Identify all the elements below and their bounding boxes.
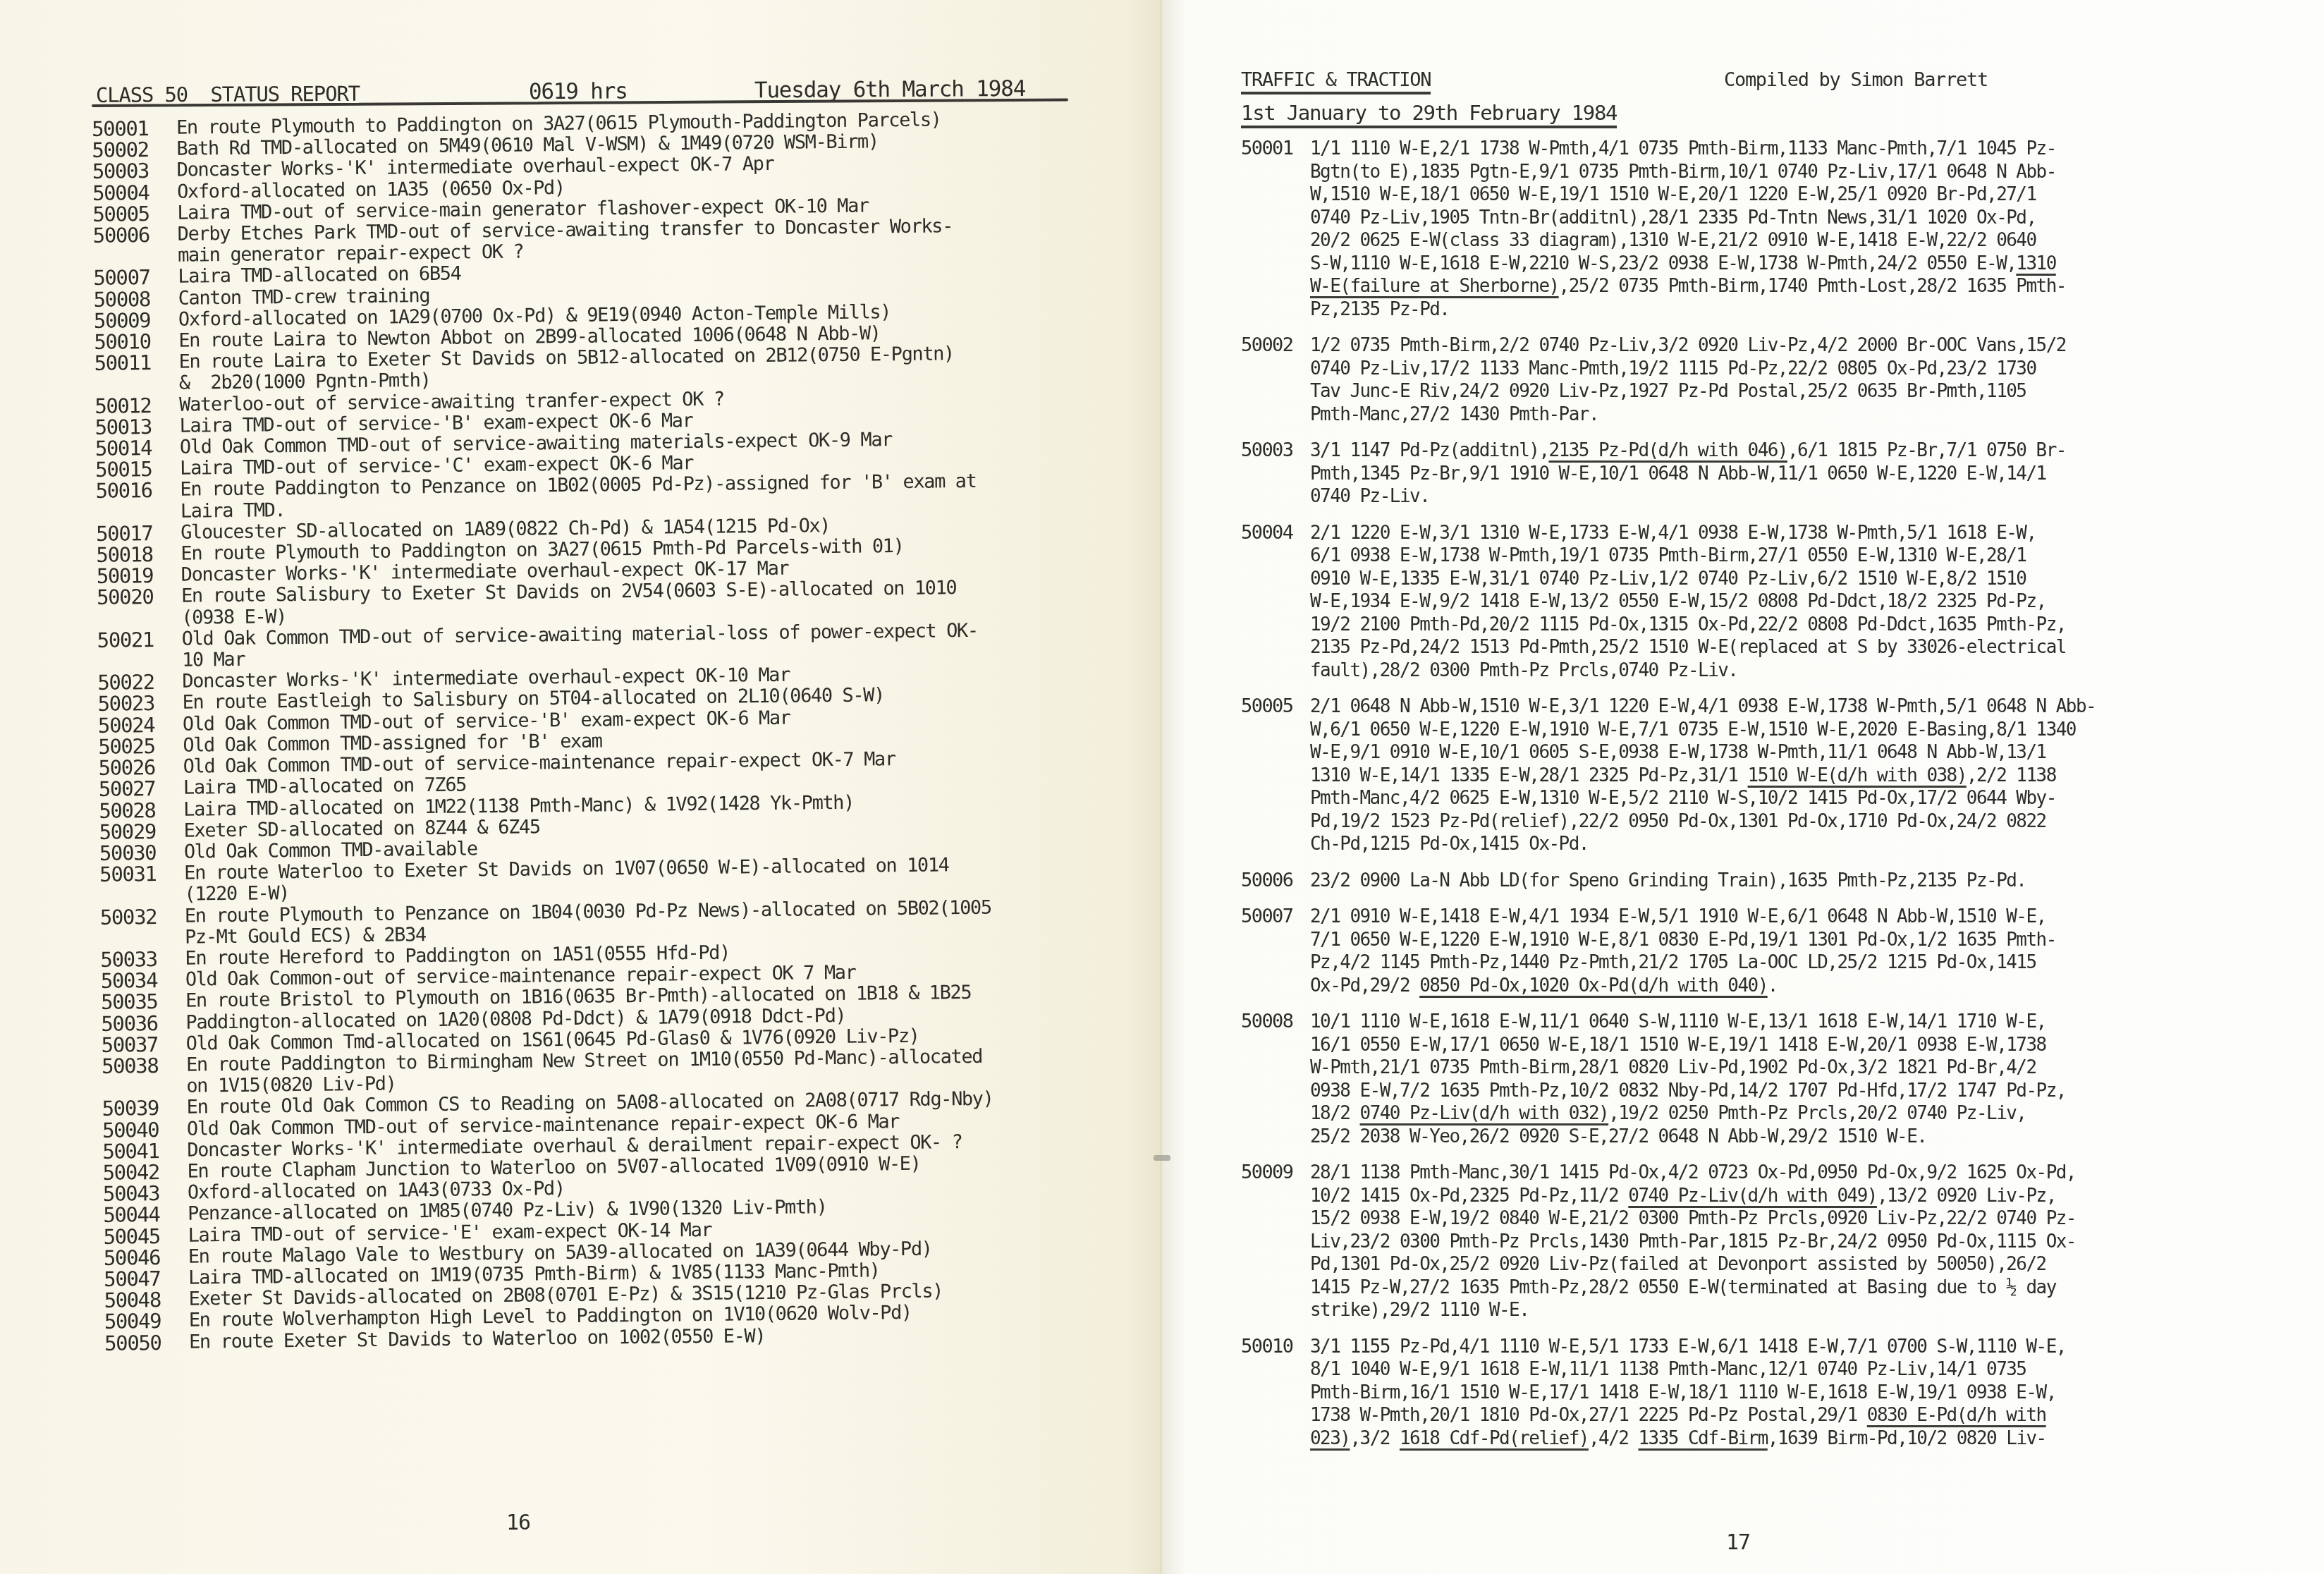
workings-entry: 500072/1 0910 W-E,1418 E-W,4/1 1934 E-W,…: [1241, 905, 2200, 997]
locomotive-number: 50001: [1241, 138, 1310, 321]
workings-line: 19/2 2100 Pmth-Pd,20/2 1115 Pd-Ox,1315 O…: [1310, 614, 2200, 637]
workings-line: 7/1 0650 W-E,1220 E-W,1910 W-E,8/1 0830 …: [1310, 929, 2200, 952]
workings-line: 25/2 2038 W-Yeo,26/2 0920 S-E,27/2 0648 …: [1310, 1125, 2200, 1149]
text-segment: 7/1 0650 W-E,1220 E-W,1910 W-E,8/1 0830 …: [1310, 929, 2056, 951]
text-segment: Pd,1301 Pd-Ox,25/2 0920 Liv-Pz(failed at…: [1310, 1254, 2046, 1275]
workings-line: Pmth-Manc,4/2 0625 E-W,1310 W-E,5/2 2110…: [1310, 787, 2200, 810]
locomotive-number: 50005: [92, 203, 177, 225]
text-segment: Bgtn(to E),1835 Pgtn-E,9/1 0735 Pmth-Bir…: [1310, 161, 2056, 183]
text-segment: 6/1 0938 E-W,1738 W-Pmth,19/1 0735 Pmth-…: [1310, 545, 2026, 566]
locomotive-number: 50047: [104, 1268, 188, 1290]
text-segment: Ch-Pd,1215 Pd-Ox,1415 Ox-Pd.: [1310, 834, 1589, 855]
workings-entry: 500033/1 1147 Pd-Pz(additnl),2135 Pz-Pd(…: [1241, 439, 2200, 508]
locomotive-number: 50036: [101, 1012, 185, 1034]
text-segment: 2/1 0910 W-E,1418 E-W,4/1 1934 E-W,5/1 1…: [1310, 906, 2046, 927]
locomotive-number: 50022: [97, 671, 182, 693]
underlined-highlight: 0740 Pz-Liv(d/h with 049): [1628, 1185, 1877, 1207]
locomotive-number: 50042: [102, 1161, 187, 1183]
text-segment: ,4/2: [1589, 1428, 1639, 1449]
text-segment: ,19/2 0250 Pmth-Pz Prcls,20/2 0740 Pz-Li…: [1608, 1103, 2026, 1124]
text-segment: 10/1 1110 W-E,1618 E-W,11/1 0640 S-W,111…: [1310, 1011, 2046, 1032]
locomotive-number: 50003: [1241, 439, 1310, 508]
workings-entry: 500011/1 1110 W-E,2/1 1738 W-Pmth,4/1 07…: [1241, 138, 2200, 321]
workings-line: 3/1 1155 Pz-Pd,4/1 1110 W-E,5/1 1733 E-W…: [1310, 1336, 2200, 1359]
page-number: 17: [1726, 1530, 1750, 1555]
workings-line: W-E,9/1 0910 W-E,10/1 0605 S-E,0938 E-W,…: [1310, 741, 2200, 764]
workings-line: Liv,23/2 0300 Pmth-Pz Prcls,1430 Pmth-Pa…: [1310, 1231, 2200, 1254]
text-segment: 1415 Pz-W,27/2 1635 Pmth-Pz,28/2 0550 E-…: [1310, 1277, 2056, 1298]
workings-line: 18/2 0740 Pz-Liv(d/h with 032),19/2 0250…: [1310, 1102, 2200, 1125]
text-segment: .: [1768, 975, 1778, 996]
text-segment: 2/1 0648 N Abb-W,1510 W-E,3/1 1220 E-W,4…: [1310, 696, 2096, 717]
text-segment: 1/2 0735 Pmth-Birm,2/2 0740 Pz-Liv,3/2 0…: [1310, 335, 2066, 356]
text-segment: 3/1 1147 Pd-Pz(additnl),: [1310, 440, 1548, 461]
workings-line: Pmth-Birm,16/1 1510 W-E,17/1 1418 E-W,18…: [1310, 1381, 2200, 1405]
locomotive-number: 50020: [97, 586, 182, 630]
text-segment: 1310 W-E,14/1 1335 E-W,28/1 2325 Pd-Pz,3…: [1310, 765, 1748, 786]
text-segment: 0938 E-W,7/2 1635 Pmth-Pz,10/2 0832 Nby-…: [1310, 1080, 2066, 1102]
locomotive-number: 50008: [94, 288, 178, 310]
text-segment: ,6/1 1815 Pz-Br,7/1 0750 Br-: [1787, 440, 2066, 461]
workings-line: 1/2 0735 Pmth-Birm,2/2 0740 Pz-Liv,3/2 0…: [1310, 334, 2200, 358]
workings-line: 0740 Pz-Liv,1905 Tntn-Br(additnl),28/1 2…: [1310, 207, 2200, 230]
locomotive-number: 50031: [99, 863, 185, 907]
workings-entry: 5000810/1 1110 W-E,1618 E-W,11/1 0640 S-…: [1241, 1011, 2200, 1148]
workings-line: 15/2 0938 E-W,19/2 0840 W-E,21/2 0300 Pm…: [1310, 1207, 2200, 1231]
text-segment: 0740 Pz-Liv,17/2 1133 Manc-Pmth,19/2 111…: [1310, 358, 2036, 379]
locomotive-number: 50028: [99, 799, 183, 821]
text-segment: W-Pmth,21/1 0735 Pmth-Birm,28/1 0820 Liv…: [1310, 1057, 2036, 1078]
underlined-highlight: 1310: [2016, 253, 2055, 274]
underlined-highlight: 1618 Cdf-Pd(relief): [1400, 1428, 1589, 1449]
workings-text: 2/1 0648 N Abb-W,1510 W-E,3/1 1220 E-W,4…: [1310, 695, 2200, 856]
workings-text: 23/2 0900 La-N Abb LD(for Speno Grinding…: [1310, 870, 2200, 893]
workings-line: 1738 W-Pmth,20/1 1810 Pd-Ox,27/1 2225 Pd…: [1310, 1404, 2200, 1427]
workings-line: 28/1 1138 Pmth-Manc,30/1 1415 Pd-Ox,4/2 …: [1310, 1161, 2200, 1185]
text-segment: Pmth-Manc,27/2 1430 Pmth-Par.: [1310, 404, 1598, 425]
text-segment: ,2/2 1138: [1967, 765, 2056, 786]
workings-text: 3/1 1155 Pz-Pd,4/1 1110 W-E,5/1 1733 E-W…: [1310, 1336, 2200, 1451]
workings-line: 3/1 1147 Pd-Pz(additnl),2135 Pz-Pd(d/h w…: [1310, 439, 2200, 463]
locomotive-number: 50002: [92, 139, 176, 161]
workings-line: fault),28/2 0300 Pmth-Pz Prcls,0740 Pz-L…: [1310, 659, 2200, 683]
locomotive-number: 50032: [100, 905, 185, 949]
locomotive-number: 50009: [94, 310, 178, 331]
workings-line: Ch-Pd,1215 Pd-Ox,1415 Ox-Pd.: [1310, 833, 2200, 856]
locomotive-number: 50035: [101, 991, 185, 1013]
workings-text: 2/1 1220 E-W,3/1 1310 W-E,1733 E-W,4/1 0…: [1310, 522, 2200, 683]
text-segment: 15/2 0938 E-W,19/2 0840 W-E,21/2 0300 Pm…: [1310, 1208, 2076, 1229]
workings-line: Pz,4/2 1145 Pmth-Pz,1440 Pz-Pmth,21/2 17…: [1310, 951, 2200, 975]
workings-text: 1/2 0735 Pmth-Birm,2/2 0740 Pz-Liv,3/2 0…: [1310, 334, 2200, 426]
locomotive-number: 50009: [1241, 1161, 1310, 1322]
locomotive-status-list: 50001En route Plymouth to Paddington on …: [92, 108, 1106, 1354]
locomotive-number: 50006: [1241, 870, 1310, 893]
workings-text: 28/1 1138 Pmth-Manc,30/1 1415 Pd-Ox,4/2 …: [1310, 1161, 2200, 1322]
section-title: TRAFFIC & TRACTION: [1241, 69, 1431, 94]
date-range: 1st January to 29th February 1984: [1241, 101, 1617, 128]
locomotive-number: 50048: [104, 1289, 188, 1311]
page-number: 16: [506, 1511, 530, 1535]
underlined-highlight: 1510 W-E(d/h with 038): [1748, 765, 1967, 786]
staple: [1154, 1155, 1170, 1161]
workings-line: 20/2 0625 E-W(class 33 diagram),1310 W-E…: [1310, 229, 2200, 252]
locomotive-number: 50014: [95, 437, 180, 459]
text-segment: W-E,9/1 0910 W-E,10/1 0605 S-E,0938 E-W,…: [1310, 742, 2046, 763]
text-segment: W,1510 W-E,18/1 0650 W-E,19/1 1510 W-E,2…: [1310, 184, 2036, 205]
locomotive-number: 50043: [103, 1183, 188, 1204]
workings-line: W-E,1934 E-W,9/2 1418 E-W,13/2 0550 E-W,…: [1310, 590, 2200, 614]
text-segment: 19/2 2100 Pmth-Pd,20/2 1115 Pd-Ox,1315 O…: [1310, 614, 2066, 635]
locomotive-number: 50046: [104, 1246, 188, 1268]
locomotive-number: 50004: [1241, 522, 1310, 683]
locomotive-number: 50026: [98, 757, 183, 779]
underlined-highlight: 0740 Pz-Liv(d/h with 032): [1360, 1103, 1609, 1124]
locomotive-number: 50045: [103, 1225, 188, 1247]
workings-line: 6/1 0938 E-W,1738 W-Pmth,19/1 0735 Pmth-…: [1310, 544, 2200, 568]
text-segment: Liv,23/2 0300 Pmth-Pz Prcls,1430 Pmth-Pa…: [1310, 1231, 2076, 1252]
workings-line: W-E(failure at Sherborne),25/2 0735 Pmth…: [1310, 275, 2200, 298]
text-segment: 23/2 0900 La-N Abb LD(for Speno Grinding…: [1310, 870, 2026, 891]
workings-text: 10/1 1110 W-E,1618 E-W,11/1 0640 S-W,111…: [1310, 1011, 2200, 1148]
locomotive-number: 50049: [104, 1310, 189, 1332]
page-gutter: [1161, 0, 1163, 1574]
text-segment: Tav Junc-E Riv,24/2 0920 Liv-Pz,1927 Pz-…: [1310, 381, 2026, 402]
locomotive-number: 50007: [1241, 905, 1310, 997]
workings-line: Pmth,1345 Pz-Br,9/1 1910 W-E,10/1 0648 N…: [1310, 463, 2200, 486]
locomotive-number: 50011: [94, 352, 179, 396]
workings-line: Bgtn(to E),1835 Pgtn-E,9/1 0735 Pmth-Bir…: [1310, 161, 2200, 184]
locomotive-number: 50024: [98, 714, 183, 736]
locomotive-number: 50037: [102, 1033, 186, 1055]
text-segment: ,25/2 0735 Pmth-Birm,1740 Pmth-Lost,28/2…: [1559, 276, 2066, 297]
locomotive-number: 50030: [99, 842, 184, 864]
workings-line: 0740 Pz-Liv,17/2 1133 Manc-Pmth,19/2 111…: [1310, 358, 2200, 381]
text-segment: Pmth,1345 Pz-Br,9/1 1910 W-E,10/1 0648 N…: [1310, 463, 2046, 484]
text-segment: 25/2 2038 W-Yeo,26/2 0920 S-E,27/2 0648 …: [1310, 1126, 1926, 1147]
underlined-highlight: W-E(failure at Sherborne): [1310, 276, 1559, 297]
locomotive-number: 50005: [1241, 695, 1310, 856]
workings-entry: 5000928/1 1138 Pmth-Manc,30/1 1415 Pd-Ox…: [1241, 1161, 2200, 1322]
locomotive-number: 50027: [99, 778, 183, 800]
locomotive-number: 50016: [95, 480, 181, 523]
text-segment: 18/2: [1310, 1103, 1360, 1124]
text-segment: 2135 Pz-Pd,24/2 1513 Pd-Pmth,25/2 1510 W…: [1310, 637, 2066, 658]
locomotive-number: 50044: [103, 1204, 188, 1226]
locomotive-number: 50017: [96, 523, 181, 544]
workings-line: W-Pmth,21/1 0735 Pmth-Birm,28/1 0820 Liv…: [1310, 1056, 2200, 1080]
workings-entry: 500103/1 1155 Pz-Pd,4/1 1110 W-E,5/1 173…: [1241, 1336, 2200, 1451]
workings-entry: 5000623/2 0900 La-N Abb LD(for Speno Gri…: [1241, 870, 2200, 893]
locomotive-number: 50033: [100, 948, 185, 970]
workings-entry: 500042/1 1220 E-W,3/1 1310 W-E,1733 E-W,…: [1241, 522, 2200, 683]
locomotive-number: 50002: [1241, 334, 1310, 426]
text-segment: 1/1 1110 W-E,2/1 1738 W-Pmth,4/1 0735 Pm…: [1310, 138, 2056, 159]
workings-line: 2/1 1220 E-W,3/1 1310 W-E,1733 E-W,4/1 0…: [1310, 522, 2200, 545]
locomotive-number: 50001: [92, 118, 176, 140]
locomotive-number: 50019: [97, 565, 181, 587]
workings-entry: 500021/2 0735 Pmth-Birm,2/2 0740 Pz-Liv,…: [1241, 334, 2200, 426]
locomotive-number: 50010: [94, 331, 178, 353]
workings-line: 0938 E-W,7/2 1635 Pmth-Pz,10/2 0832 Nby-…: [1310, 1080, 2200, 1103]
locomotive-number: 50038: [102, 1055, 187, 1099]
compiler-credit: Compiled by Simon Barrett: [1724, 69, 1988, 91]
underlined-highlight: 023): [1310, 1428, 1350, 1449]
locomotive-number: 50007: [93, 267, 178, 288]
text-segment: 16/1 0550 E-W,17/1 0650 W-E,18/1 1510 W-…: [1310, 1035, 2046, 1056]
workings-text: 3/1 1147 Pd-Pz(additnl),2135 Pz-Pd(d/h w…: [1310, 439, 2200, 508]
text-segment: 0740 Pz-Liv,1905 Tntn-Br(additnl),28/1 2…: [1310, 207, 2036, 228]
locomotive-number: 50034: [101, 970, 185, 992]
workings-line: Ox-Pd,29/2 0850 Pd-Ox,1020 Ox-Pd(d/h wit…: [1310, 975, 2200, 998]
locomotive-number: 50029: [99, 820, 183, 842]
locomotive-number: 50040: [102, 1118, 187, 1140]
text-segment: 3/1 1155 Pz-Pd,4/1 1110 W-E,5/1 1733 E-W…: [1310, 1336, 2066, 1358]
locomotive-number: 50012: [94, 394, 179, 416]
underlined-highlight: 2135 Pz-Pd(d/h with 046): [1548, 440, 1787, 461]
locomotive-number: 50013: [94, 416, 179, 438]
text-segment: ,1639 Birm-Pd,10/2 0820 Liv-: [1768, 1428, 2046, 1449]
locomotive-number: 50039: [102, 1097, 187, 1119]
text-segment: 0910 W-E,1335 E-W,31/1 0740 Pz-Liv,1/2 0…: [1310, 568, 2026, 590]
workings-line: Pd,1301 Pd-Ox,25/2 0920 Liv-Pz(failed at…: [1310, 1253, 2200, 1276]
text-segment: Pmth-Manc,4/2 0625 E-W,1310 W-E,5/2 2110…: [1310, 788, 2056, 809]
workings-line: 1/1 1110 W-E,2/1 1738 W-Pmth,4/1 0735 Pm…: [1310, 138, 2200, 161]
text-segment: 8/1 1040 W-E,9/1 1618 E-W,11/1 1138 Pmth…: [1310, 1359, 2026, 1380]
workings-line: 0910 W-E,1335 E-W,31/1 0740 Pz-Liv,1/2 0…: [1310, 568, 2200, 591]
underlined-highlight: 1335 Cdf-Birm: [1638, 1428, 1767, 1449]
text-segment: W-E,1934 E-W,9/2 1418 E-W,13/2 0550 E-W,…: [1310, 591, 2046, 612]
workings-line: 8/1 1040 W-E,9/1 1618 E-W,11/1 1138 Pmth…: [1310, 1358, 2200, 1381]
text-segment: Pz,2135 Pz-Pd.: [1310, 299, 1449, 320]
underlined-highlight: 0850 Pd-Ox,1020 Ox-Pd(d/h with 040): [1419, 975, 1768, 996]
workings-line: W,1510 W-E,18/1 0650 W-E,19/1 1510 W-E,2…: [1310, 183, 2200, 207]
locomotive-number: 50004: [92, 181, 177, 203]
locomotive-number: 50041: [102, 1140, 187, 1161]
workings-line: 0740 Pz-Liv.: [1310, 485, 2200, 508]
text-segment: ,13/2 0920 Liv-Pz,: [1877, 1185, 2056, 1207]
text-segment: ,3/2: [1350, 1428, 1400, 1449]
workings-line: Tav Junc-E Riv,24/2 0920 Liv-Pz,1927 Pz-…: [1310, 380, 2200, 403]
locomotive-number: 50023: [98, 693, 183, 714]
text-segment: 28/1 1138 Pmth-Manc,30/1 1415 Pd-Ox,4/2 …: [1310, 1162, 2076, 1183]
underlined-highlight: 0830 E-Pd(d/h with: [1867, 1405, 2046, 1426]
text-segment: Pmth-Birm,16/1 1510 W-E,17/1 1418 E-W,18…: [1310, 1382, 2056, 1403]
locomotive-number: 50018: [96, 544, 181, 566]
workings-line: strike),29/2 1110 W-E.: [1310, 1299, 2200, 1322]
text-segment: 10/2 1415 Ox-Pd,2325 Pd-Pz,11/2: [1310, 1185, 1628, 1207]
workings-line: S-W,1110 W-E,1618 E-W,2210 W-S,23/2 0938…: [1310, 252, 2200, 276]
workings-line: W,6/1 0650 W-E,1220 E-W,1910 W-E,7/1 073…: [1310, 719, 2200, 742]
text-segment: 2/1 1220 E-W,3/1 1310 W-E,1733 E-W,4/1 0…: [1310, 523, 2036, 544]
workings-entry: 500052/1 0648 N Abb-W,1510 W-E,3/1 1220 …: [1241, 695, 2200, 856]
locomotive-number: 50008: [1241, 1011, 1310, 1148]
locomotive-number: 50021: [97, 629, 183, 673]
workings-line: Pz,2135 Pz-Pd.: [1310, 298, 2200, 322]
text-segment: 20/2 0625 E-W(class 33 diagram),1310 W-E…: [1310, 230, 2036, 251]
text-segment: Pd,19/2 1523 Pz-Pd(relief),22/2 0950 Pd-…: [1310, 811, 2046, 832]
workings-text: 2/1 0910 W-E,1418 E-W,4/1 1934 E-W,5/1 1…: [1310, 905, 2200, 997]
text-segment: Ox-Pd,29/2: [1310, 975, 1419, 996]
locomotive-number: 50015: [95, 458, 180, 480]
workings-line: 16/1 0550 E-W,17/1 0650 W-E,18/1 1510 W-…: [1310, 1034, 2200, 1057]
text-segment: 0740 Pz-Liv.: [1310, 486, 1429, 507]
workings-line: 1415 Pz-W,27/2 1635 Pmth-Pz,28/2 0550 E-…: [1310, 1276, 2200, 1300]
workings-line: 1310 W-E,14/1 1335 E-W,28/1 2325 Pd-Pz,3…: [1310, 764, 2200, 788]
workings-line: 10/2 1415 Ox-Pd,2325 Pd-Pz,11/2 0740 Pz-…: [1310, 1185, 2200, 1208]
text-segment: Pz,4/2 1145 Pmth-Pz,1440 Pz-Pmth,21/2 17…: [1310, 952, 2036, 973]
workings-line: Pmth-Manc,27/2 1430 Pmth-Par.: [1310, 403, 2200, 427]
locomotive-number: 50006: [93, 224, 178, 268]
text-segment: strike),29/2 1110 W-E.: [1310, 1300, 1529, 1321]
workings-line: 2/1 0910 W-E,1418 E-W,4/1 1934 E-W,5/1 1…: [1310, 905, 2200, 929]
workings-line: 23/2 0900 La-N Abb LD(for Speno Grinding…: [1310, 870, 2200, 893]
locomotive-number: 50003: [92, 160, 177, 182]
text-segment: fault),28/2 0300 Pmth-Pz Prcls,0740 Pz-L…: [1310, 660, 1737, 681]
workings-text: 1/1 1110 W-E,2/1 1738 W-Pmth,4/1 0735 Pm…: [1310, 138, 2200, 321]
workings-line: Pd,19/2 1523 Pz-Pd(relief),22/2 0950 Pd-…: [1310, 810, 2200, 834]
locomotive-workings-list: 500011/1 1110 W-E,2/1 1738 W-Pmth,4/1 07…: [1241, 138, 2200, 1463]
text-segment: W,6/1 0650 W-E,1220 E-W,1910 W-E,7/1 073…: [1310, 719, 2076, 740]
locomotive-number: 50010: [1241, 1336, 1310, 1451]
locomotive-number: 50050: [104, 1331, 189, 1353]
left-page-class-50-status-report: CLASS 50 STATUS REPORT 0619 hrs Tuesday …: [0, 0, 1162, 1574]
workings-line: 2135 Pz-Pd,24/2 1513 Pd-Pmth,25/2 1510 W…: [1310, 636, 2200, 659]
workings-line: 2/1 0648 N Abb-W,1510 W-E,3/1 1220 E-W,4…: [1310, 695, 2200, 719]
locomotive-number: 50025: [98, 736, 183, 757]
workings-line: 10/1 1110 W-E,1618 E-W,11/1 0640 S-W,111…: [1310, 1011, 2200, 1034]
text-segment: S-W,1110 W-E,1618 E-W,2210 W-S,23/2 0938…: [1310, 253, 2016, 274]
workings-line: 023),3/2 1618 Cdf-Pd(relief),4/2 1335 Cd…: [1310, 1427, 2200, 1451]
text-segment: 1738 W-Pmth,20/1 1810 Pd-Ox,27/1 2225 Pd…: [1310, 1405, 1867, 1426]
